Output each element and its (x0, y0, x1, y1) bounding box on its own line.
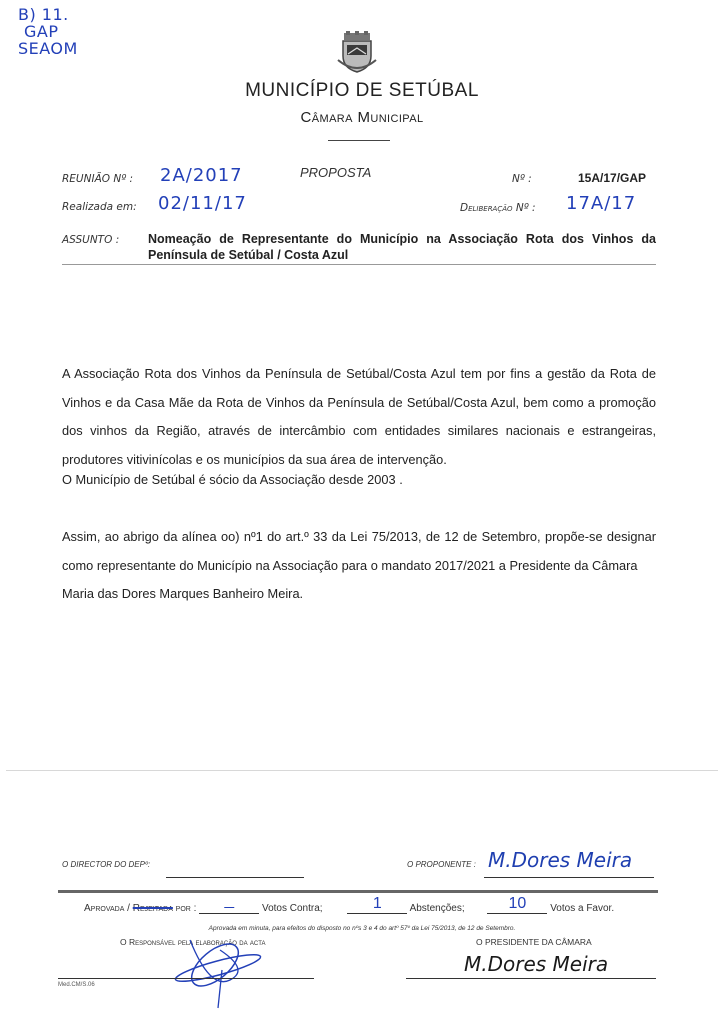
rejeitada-label: Rejeitada (133, 903, 173, 914)
realizada-label: Realizada em: (62, 201, 137, 213)
body-paragraph-2: Assim, ao abrigo da alínea oo) nº1 do ar… (62, 523, 656, 580)
presidente-signature: M.Dores Meira (464, 952, 608, 976)
votos-favor-value: 10 (487, 895, 547, 914)
director-label: O DIRECTOR DO DEPº: (62, 860, 150, 869)
chamber-subtitle: Câmara Municipal (0, 109, 724, 126)
margin-note-line: SEAOM (18, 40, 78, 57)
aprovada-label: Aprovada / (84, 903, 130, 914)
responsavel-signature-line (58, 978, 314, 979)
handwritten-margin-note: B) 11. GAP SEAOM (18, 6, 78, 57)
municipality-title: MUNICÍPIO DE SETÚBAL (0, 80, 724, 102)
form-code: Med.CM/S.06 (58, 982, 95, 988)
title-divider (328, 140, 390, 141)
numero-label: Nº : (512, 173, 532, 185)
abstencoes-value: 1 (347, 895, 407, 914)
director-signature-line (166, 877, 304, 878)
votos-favor-label: Votos a Favor. (550, 903, 614, 914)
presidente-label: O PRESIDENTE DA CÂMARA (476, 937, 592, 947)
body-paragraph-1: A Associação Rota dos Vinhos da Penínsul… (62, 360, 656, 474)
reuniao-label: REUNIÃO Nº : (62, 173, 133, 185)
page-separator (6, 770, 718, 771)
margin-note-line: GAP (18, 23, 78, 40)
reuniao-value: 2A/2017 (160, 165, 243, 186)
proponente-label: O PROPONENTE : (407, 860, 476, 869)
abstencoes-label: Abstenções; (410, 903, 465, 914)
votes-row: Aprovada / Rejeitada por : — Votos Contr… (84, 895, 614, 914)
body-paragraph-1b: O Município de Setúbal é sócio da Associ… (62, 466, 656, 495)
proposal-number: 15A/17/GAP (578, 171, 646, 185)
aprovada-minuta-note: Aprovada em minuta, para efeitos do disp… (0, 925, 724, 932)
presidente-signature-line (406, 978, 656, 979)
margin-note-line: B) 11. (18, 6, 78, 23)
assunto-subject: Nomeação de Representante do Município n… (148, 231, 656, 263)
por-value: — (199, 902, 259, 914)
deliberacao-label: Deliberação Nº : (460, 202, 536, 214)
realizada-value: 02/11/17 (158, 193, 247, 214)
doc-type-label: PROPOSTA (300, 165, 371, 180)
coat-of-arms-icon (334, 30, 380, 76)
assunto-divider (62, 264, 656, 265)
deliberacao-value: 17A/17 (566, 193, 636, 214)
proponente-signature-line (484, 877, 654, 878)
proponente-signature: M.Dores Meira (488, 848, 632, 872)
body-paragraph-2b: Maria das Dores Marques Banheiro Meira. (62, 580, 656, 609)
votos-contra-label: Votos Contra; (262, 903, 323, 914)
por-label: por : (176, 903, 197, 914)
assunto-label: ASSUNTO : (62, 234, 119, 246)
responsavel-signature (160, 930, 270, 1010)
footer-divider (58, 890, 658, 893)
